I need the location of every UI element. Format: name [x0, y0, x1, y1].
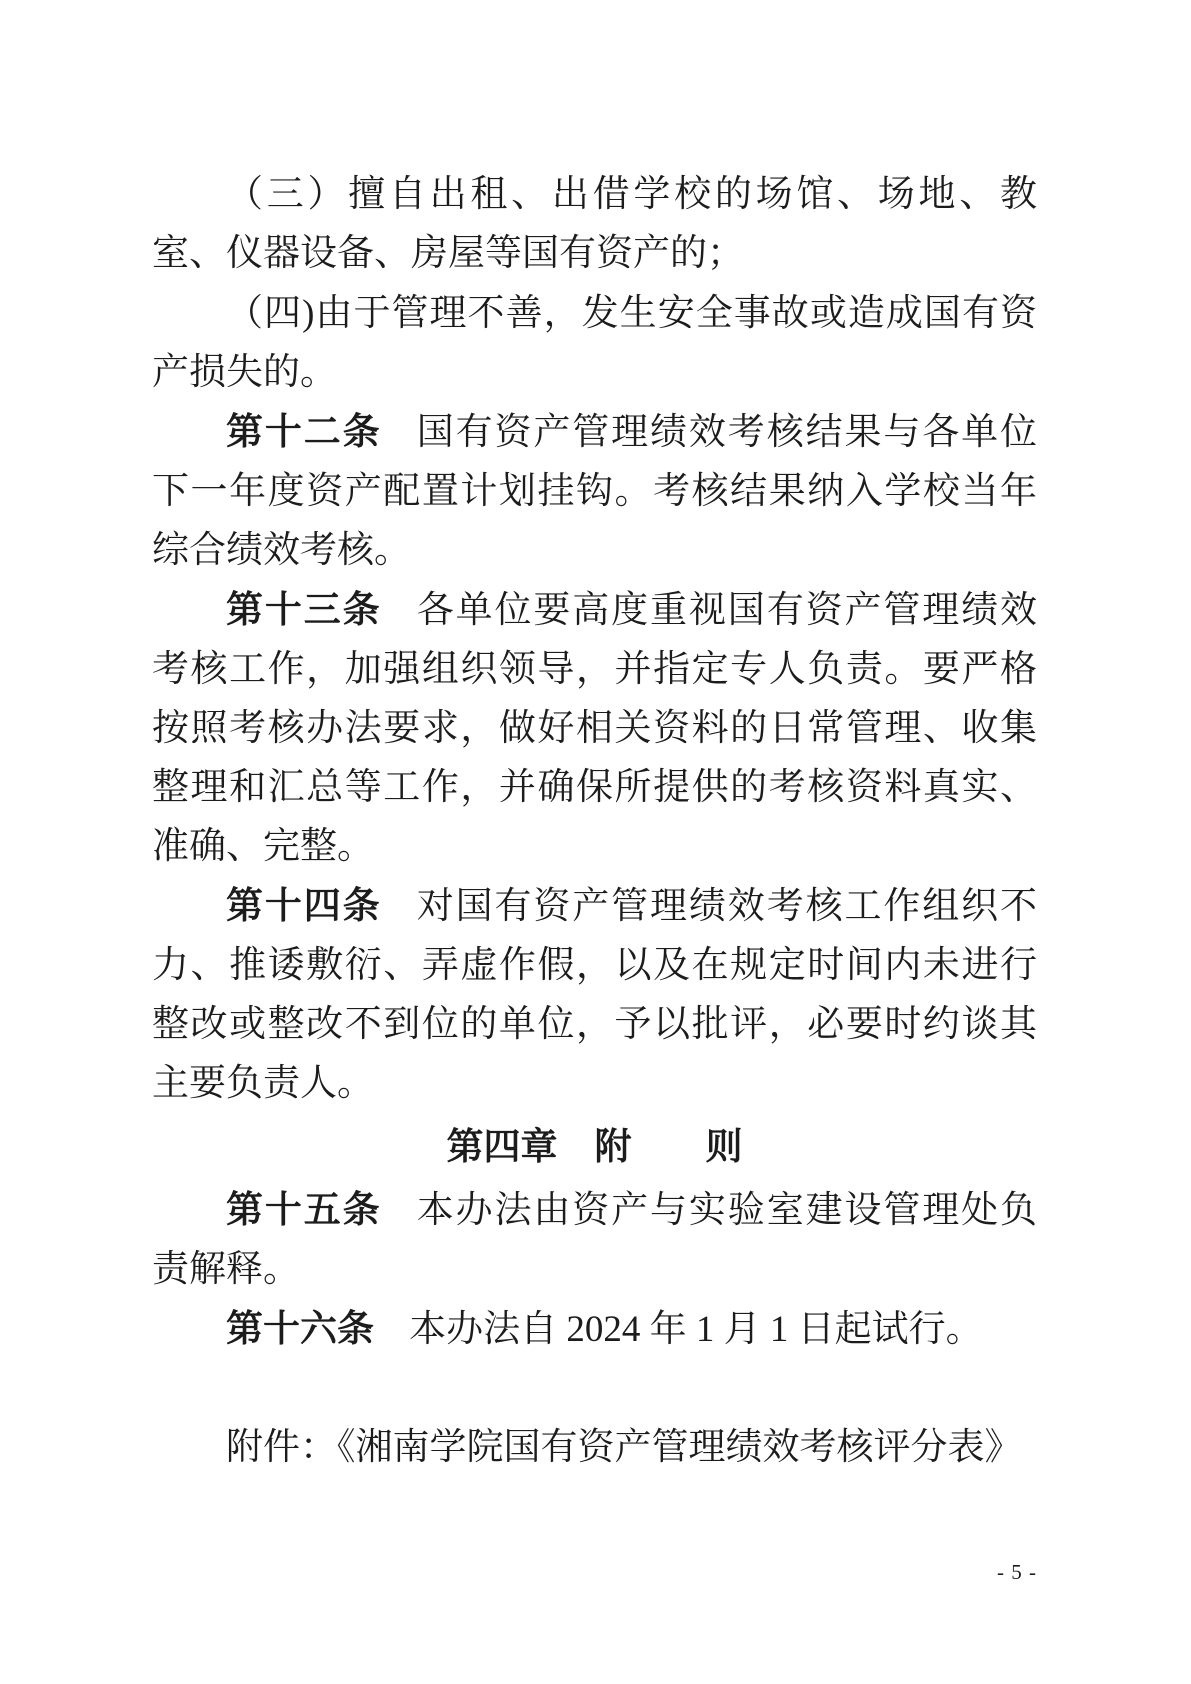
- clause-3-text: （三）擅自出租、出借学校的场馆、场地、教室、仪器设备、房屋等国有资产的；: [152, 174, 1037, 274]
- paragraph-clause-4: （四)由于管理不善，发生安全事故或造成国有资产损失的。: [152, 283, 1037, 402]
- paragraph-article-15: 第十五条本办法由资产与实验室建设管理处负责解释。: [152, 1180, 1037, 1299]
- document-page: （三）擅自出租、出借学校的场馆、场地、教室、仪器设备、房屋等国有资产的； （四)…: [0, 0, 1191, 1684]
- paragraph-clause-3: （三）擅自出租、出借学校的场馆、场地、教室、仪器设备、房屋等国有资产的；: [152, 164, 1037, 283]
- article-16-text: 本办法自 2024 年 1 月 1 日起试行。: [409, 1309, 983, 1350]
- page-number: - 5 -: [997, 1560, 1037, 1584]
- clause-4-text: （四)由于管理不善，发生安全事故或造成国有资产损失的。: [152, 293, 1037, 393]
- document-body: （三）擅自出租、出借学校的场馆、场地、教室、仪器设备、房屋等国有资产的； （四)…: [152, 164, 1037, 1477]
- paragraph-article-14: 第十四条对国有资产管理绩效考核工作组织不力、推诿敷衍、弄虚作假，以及在规定时间内…: [152, 876, 1037, 1113]
- paragraph-article-13: 第十三条各单位要高度重视国有资产管理绩效考核工作，加强组织领导，并指定专人负责。…: [152, 580, 1037, 876]
- article-13-number: 第十三条: [226, 589, 382, 630]
- article-16-number: 第十六条: [226, 1308, 374, 1349]
- article-14-number: 第十四条: [226, 885, 382, 926]
- article-12-number: 第十二条: [226, 411, 382, 452]
- paragraph-article-16: 第十六条本办法自 2024 年 1 月 1 日起试行。: [152, 1299, 1037, 1359]
- article-13-text: 各单位要高度重视国有资产管理绩效考核工作，加强组织领导，并指定专人负责。要严格按…: [152, 590, 1037, 867]
- article-15-number: 第十五条: [226, 1189, 382, 1230]
- chapter-4-heading: 第四章 附 则: [152, 1117, 1037, 1176]
- attachment-line: 附件：《湘南学院国有资产管理绩效考核评分表》: [152, 1418, 1037, 1477]
- paragraph-article-12: 第十二条国有资产管理绩效考核结果与各单位下一年度资产配置计划挂钩。考核结果纳入学…: [152, 402, 1037, 580]
